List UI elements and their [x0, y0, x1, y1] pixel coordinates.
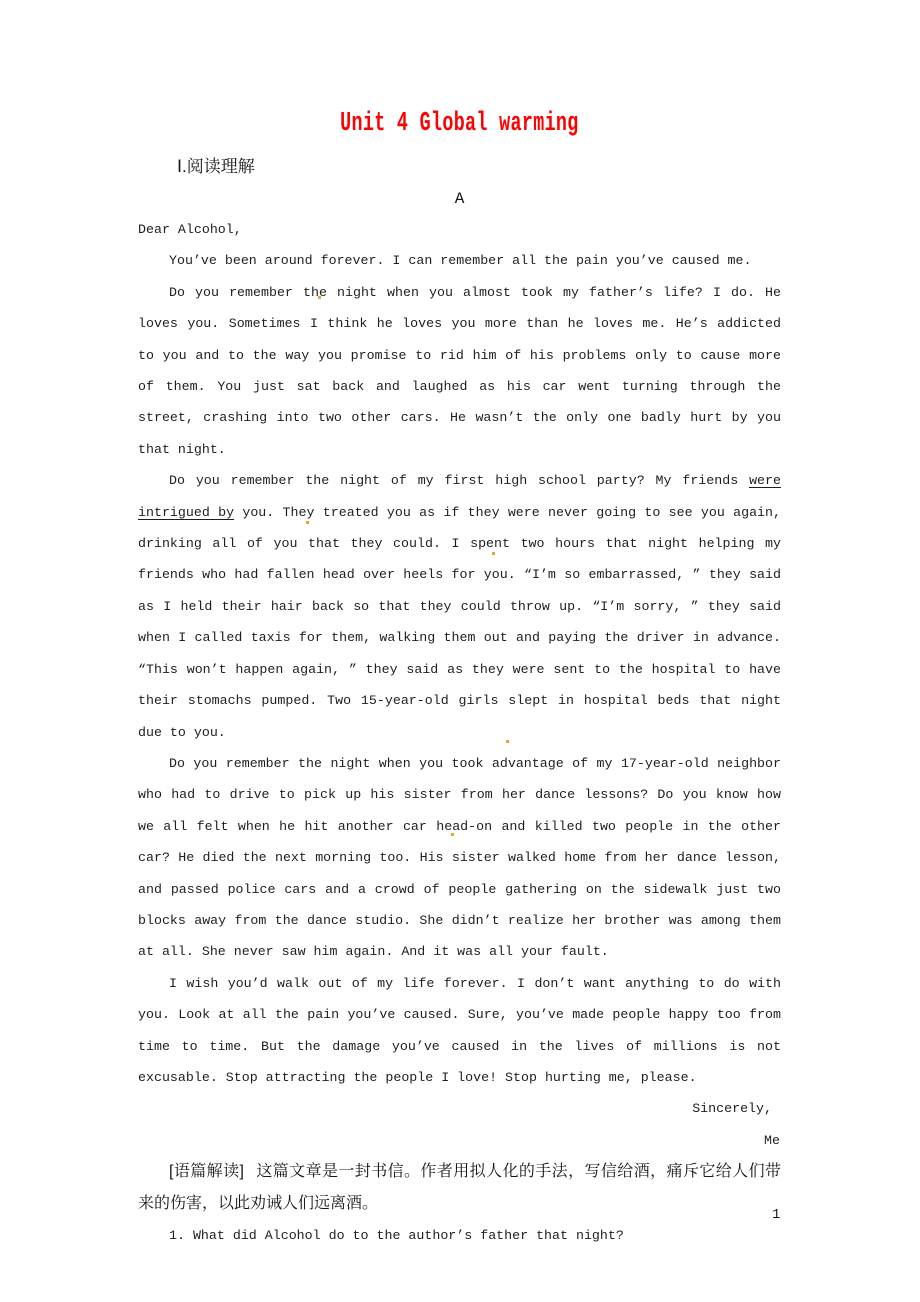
letter-paragraph-4: Do you remember the night when you took …: [138, 748, 781, 968]
document-title: Unit 4 Global warming: [138, 106, 781, 142]
spellcheck-dot: [318, 296, 321, 299]
letter-paragraph-3: Do you remember the night of my first hi…: [138, 465, 781, 748]
page-number: 1: [772, 1205, 780, 1225]
section-heading: Ⅰ.阅读理解: [138, 154, 781, 180]
question-1: 1. What did Alcohol do to the author’s f…: [138, 1220, 781, 1251]
question-number: 1.: [169, 1228, 185, 1243]
spellcheck-dot: [506, 740, 509, 743]
paragraph-text-before: Do you remember the night of my first hi…: [169, 473, 749, 488]
passage-analysis: [语篇解读]这篇文章是一封书信。作者用拟人化的手法，写信给酒，痛斥它给人们带来的…: [138, 1156, 781, 1219]
document-page: Unit 4 Global warming Ⅰ.阅读理解 A Dear Alco…: [0, 0, 920, 1302]
passage-label: A: [138, 186, 781, 212]
spellcheck-dot: [306, 521, 309, 524]
document-title-text: Unit 4 Global warming: [340, 106, 579, 142]
letter-closing: Sincerely,: [138, 1093, 781, 1124]
spellcheck-dot: [492, 552, 495, 555]
letter: Dear Alcohol, You’ve been around forever…: [138, 214, 781, 1156]
spellcheck-dot: [451, 833, 454, 836]
letter-paragraph-1: You’ve been around forever. I can rememb…: [138, 245, 781, 276]
question-text: What did Alcohol do to the author’s fath…: [193, 1228, 624, 1243]
letter-salutation: Dear Alcohol,: [138, 214, 781, 245]
letter-paragraph-5: I wish you’d walk out of my life forever…: [138, 968, 781, 1094]
document-content: Unit 4 Global warming Ⅰ.阅读理解 A Dear Alco…: [138, 0, 781, 1251]
analysis-label: [语篇解读]: [169, 1163, 244, 1180]
letter-paragraph-2: Do you remember the night when you almos…: [138, 277, 781, 465]
letter-signature: Me: [138, 1125, 781, 1156]
paragraph-text-after: you. They treated you as if they were ne…: [138, 505, 781, 740]
